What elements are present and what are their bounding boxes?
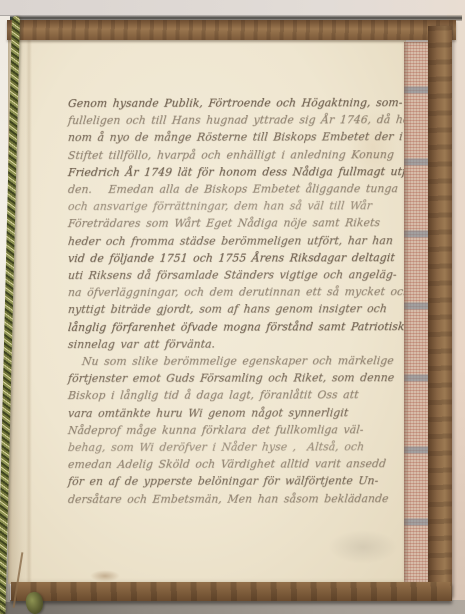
- manuscript-line: förtjenster emot Guds Församling och Rik…: [67, 369, 406, 387]
- manuscript-text-block: Genom hysande Publik, Förtroende och Hög…: [68, 95, 406, 508]
- manuscript-line: Nådeprof måge kunna förklara det fullkom…: [67, 421, 406, 439]
- manuscript-line: uti Riksens då församlade Ständers vigti…: [67, 266, 406, 284]
- manuscript-line: fulleligen och till Hans hugnad yttrade …: [67, 111, 406, 129]
- manuscript-line-text: dersåtare och Embetsmän, Men han såsom b…: [67, 492, 389, 506]
- leather-cover-right-edge: [428, 26, 452, 598]
- manuscript-line: den. Emedan alla de Biskops Embetet ålig…: [67, 180, 406, 198]
- leather-cover-bottom-edge: [11, 582, 452, 601]
- manuscript-line: nom å nyo de månge Rösterne till Biskops…: [67, 129, 406, 147]
- manuscript-line: Biskop i långlig tid å daga lagt, föranl…: [67, 387, 406, 405]
- page-stain: [328, 530, 398, 564]
- manuscript-line: heder och fromma städse berömmeligen utf…: [67, 232, 406, 250]
- manuscript-scan: Genom hysande Publik, Förtroende och Hög…: [0, 0, 465, 614]
- manuscript-line: vara omtänkte huru Wi genom något synner…: [67, 404, 406, 422]
- manuscript-line: Företrädares som Wårt Eget Nådiga nöje s…: [67, 215, 406, 233]
- manuscript-line: behag, som Wi deröfver i Nåder hyse , Al…: [67, 438, 406, 456]
- manuscript-line: dersåtare och Embetsmän, Men han såsom b…: [67, 490, 406, 508]
- manuscript-line: sinnelag var att förvänta.: [67, 335, 406, 353]
- manuscript-line: Nu som slike berömmelige egenskaper och …: [67, 352, 406, 370]
- scanner-background-bottom: [0, 600, 465, 614]
- manuscript-line: Friedrich År 1749 lät för honom dess Nåd…: [67, 163, 406, 181]
- manuscript-line: emedan Adelig Sköld och Värdighet alltid…: [67, 455, 406, 473]
- manuscript-page: Genom hysande Publik, Förtroende och Hög…: [8, 38, 406, 584]
- manuscript-line: för en af de ypperste belöningar för wäl…: [67, 473, 406, 491]
- manuscript-line: Genom hysande Publik, Förtroende och Hög…: [67, 94, 406, 112]
- page-stain: [90, 570, 120, 582]
- page-crease: [26, 38, 32, 584]
- manuscript-line: vid de följande 1751 och 1755 Årens Riks…: [67, 249, 406, 267]
- marbled-page-edges: [404, 42, 429, 583]
- manuscript-line: och ansvarige förrättningar, dem han så …: [67, 197, 406, 215]
- manuscript-line: Stiftet tillföllo, hvarpå och enhälligt …: [67, 146, 406, 164]
- manuscript-line: na öfverläggningar, och dem derutinnan e…: [67, 283, 406, 301]
- leather-cover-top-edge: [7, 20, 456, 40]
- manuscript-line: nyttigt biträde gjordt, som af hans geno…: [67, 301, 406, 319]
- manuscript-line: långlig förfarenhet öfvade mogna förstån…: [67, 318, 406, 336]
